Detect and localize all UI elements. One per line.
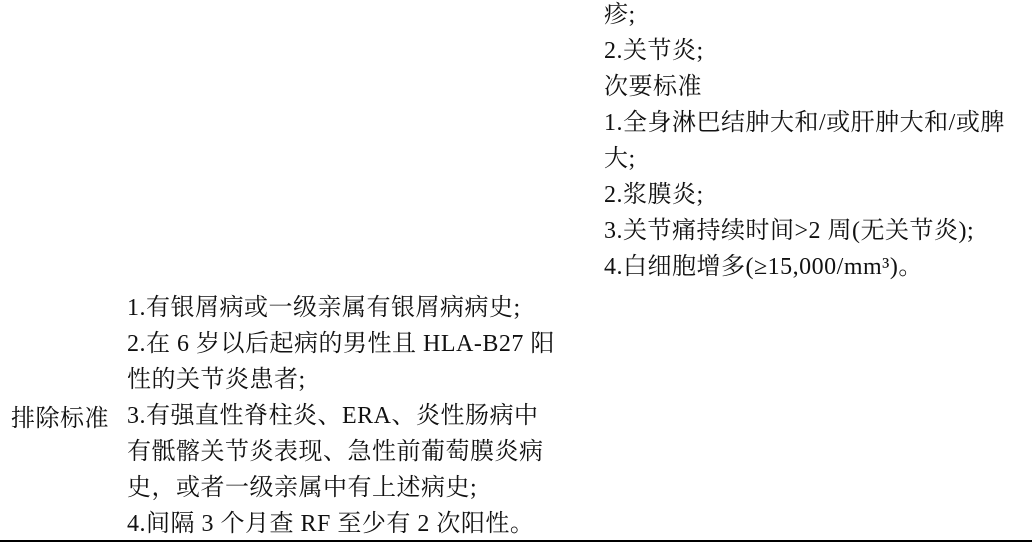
- cell-text-line: 性的关节炎患者;: [127, 362, 605, 398]
- cell-text-line: 2.在 6 岁以后起病的男性且 HLA-B27 阳: [127, 326, 605, 362]
- cell-text-line: 2.关节炎;: [604, 33, 1032, 69]
- cell-text-line: 疹;: [604, 0, 1032, 33]
- cell-text-line: 1.有银屑病或一级亲属有银屑病病史;: [127, 290, 605, 326]
- cell-text-line: 3.关节痛持续时间>2 周(无关节炎);: [604, 213, 1032, 249]
- paper-table-fragment: 疹; 2.关节炎; 次要标准 1.全身淋巴结肿大和/或肝肿大和/或脾 大; 2.…: [0, 0, 1032, 548]
- cell-text-line: 史，或者一级亲属中有上述病史;: [127, 470, 605, 506]
- table-cell-criteria-continuation: 疹; 2.关节炎; 次要标准 1.全身淋巴结肿大和/或肝肿大和/或脾 大; 2.…: [604, 0, 1032, 285]
- table-bottom-rule: [0, 540, 1032, 542]
- cell-text-line: 有骶髂关节炎表现、急性前葡萄膜炎病: [127, 434, 605, 470]
- table-cell-exclusion-criteria: 1.有银屑病或一级亲属有银屑病病史; 2.在 6 岁以后起病的男性且 HLA-B…: [127, 290, 605, 542]
- cell-text-line: 大;: [604, 141, 1032, 177]
- table-row-header-exclusion: 排除标准: [11, 401, 109, 437]
- cell-text-line: 次要标准: [604, 69, 1032, 105]
- cell-text-line: 1.全身淋巴结肿大和/或肝肿大和/或脾: [604, 105, 1032, 141]
- cell-text-line: 2.浆膜炎;: [604, 177, 1032, 213]
- cell-text-line: 4.白细胞增多(≥15,000/mm³)。: [604, 249, 1032, 285]
- cell-text-line: 3.有强直性脊柱炎、ERA、炎性肠病中: [127, 398, 605, 434]
- cell-text-line: 4.间隔 3 个月查 RF 至少有 2 次阳性。: [127, 506, 605, 542]
